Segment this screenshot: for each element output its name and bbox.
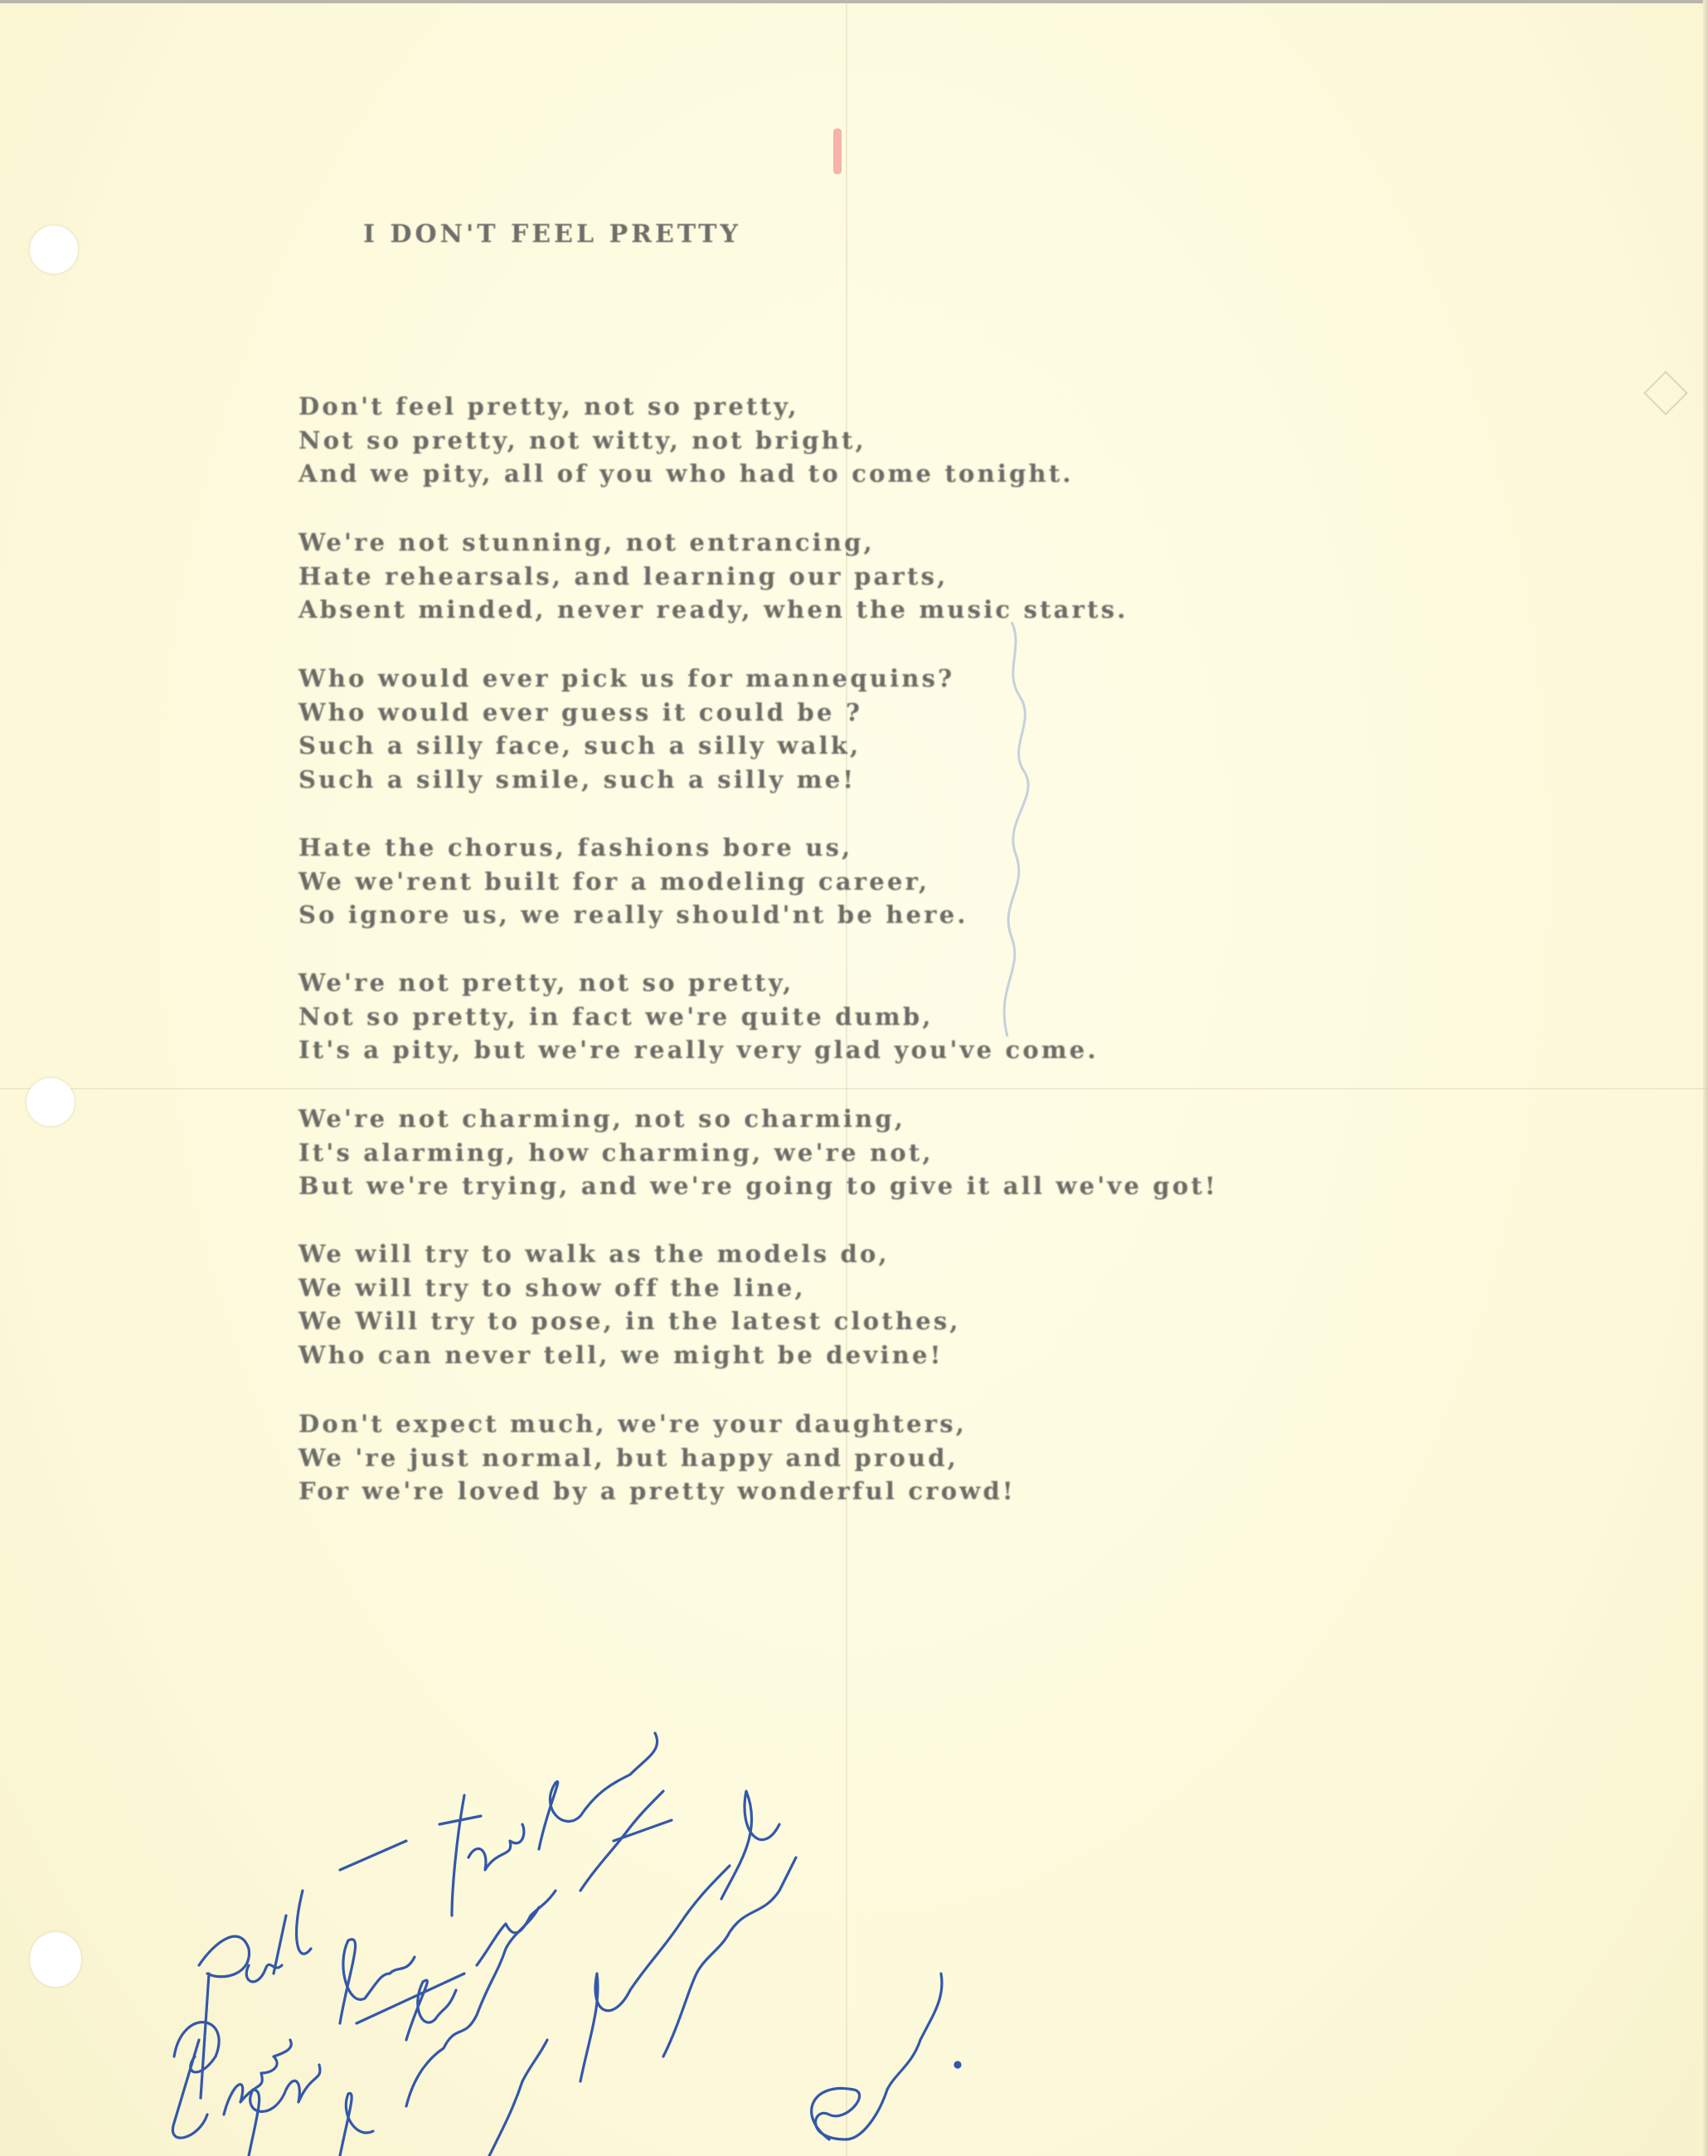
red-ink-smudge <box>833 129 842 174</box>
paper-right-edge <box>1703 0 1708 2156</box>
lyric-line: We will try to walk as the models do, <box>298 1237 961 1271</box>
punch-hole-middle <box>27 1078 75 1126</box>
lyric-line: We're not stunning, not entrancing, <box>298 526 1128 560</box>
lyric-line: Not so pretty, in fact we're quite dumb, <box>298 1000 1099 1034</box>
lyric-line: We're not pretty, not so pretty, <box>298 966 1099 1000</box>
lyric-line: We will try to show off the line, <box>298 1271 961 1305</box>
lyric-line: It's a pity, but we're really very glad … <box>298 1033 1099 1067</box>
lyric-line: Such a silly face, such a silly walk, <box>298 729 954 763</box>
paper-top-edge <box>0 0 1708 3</box>
lyric-line: We Will try to pose, in the latest cloth… <box>298 1304 961 1338</box>
lyric-line: Don't feel pretty, not so pretty, <box>298 390 1074 424</box>
fold-crease-horizontal <box>0 1088 1708 1090</box>
lyric-line: And we pity, all of you who had to come … <box>298 457 1074 491</box>
document-title: I DON'T FEEL PRETTY <box>363 220 741 249</box>
lyric-line: For we're loved by a pretty wonderful cr… <box>298 1474 1016 1508</box>
lyric-line: But we're trying, and we're going to giv… <box>298 1169 1218 1203</box>
lyric-line: So ignore us, we really should'nt be her… <box>298 898 968 932</box>
lyric-line: We we'rent built for a modeling career, <box>298 865 968 899</box>
handwritten-note: Patty - these / Please learn the / lyric… <box>149 1725 1094 2156</box>
punch-hole-top <box>30 226 78 274</box>
stanza-6: We're not charming, not so charming,It's… <box>298 1102 1218 1203</box>
lyric-line: Who would ever guess it could be ? <box>298 696 954 730</box>
punch-hole-bottom <box>30 1932 81 1987</box>
stanza-2: We're not stunning, not entrancing,Hate … <box>298 526 1128 627</box>
lyric-line: Who would ever pick us for mannequins? <box>298 662 954 696</box>
lyric-line: Hate the chorus, fashions bore us, <box>298 831 968 865</box>
lyric-line: Such a silly smile, such a silly me! <box>298 763 954 797</box>
lyric-line: Hate rehearsals, and learning our parts, <box>298 560 1128 594</box>
lyric-line: Absent minded, never ready, when the mus… <box>298 593 1128 627</box>
stanza-8: Don't expect much, we're your daughters,… <box>298 1407 1016 1508</box>
stanza-5: We're not pretty, not so pretty,Not so p… <box>298 966 1099 1067</box>
lyric-line: We 're just normal, but happy and proud, <box>298 1441 1016 1475</box>
stanza-4: Hate the chorus, fashions bore us,We we'… <box>298 831 968 932</box>
stanza-3: Who would ever pick us for mannequins?Wh… <box>298 662 954 796</box>
lyric-line: We're not charming, not so charming, <box>298 1102 1218 1136</box>
lyric-line: Who can never tell, we might be devine! <box>298 1338 961 1372</box>
stanza-7: We will try to walk as the models do,We … <box>298 1237 961 1372</box>
lyric-line: Not so pretty, not witty, not bright, <box>298 424 1074 458</box>
lyric-line: Don't expect much, we're your daughters, <box>298 1407 1016 1441</box>
lyric-line: It's alarming, how charming, we're not, <box>298 1136 1218 1170</box>
stanza-1: Don't feel pretty, not so pretty,Not so … <box>298 390 1074 491</box>
